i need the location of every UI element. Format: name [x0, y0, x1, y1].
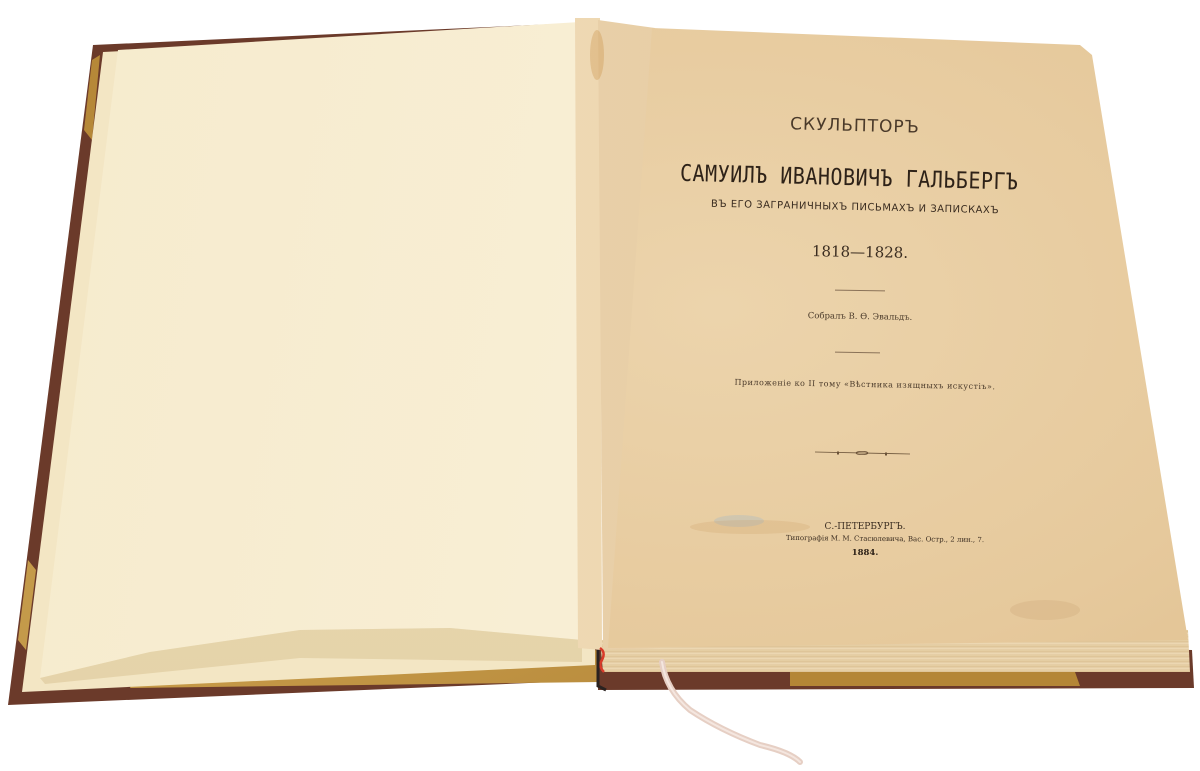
book-photo: СКУЛЬПТОРЪ САМУИЛЪ ИВАНОВИЧЪ ГАЛЬБЕРГЪ В… [0, 0, 1200, 771]
bookmark-ribbon-icon [0, 0, 1200, 771]
